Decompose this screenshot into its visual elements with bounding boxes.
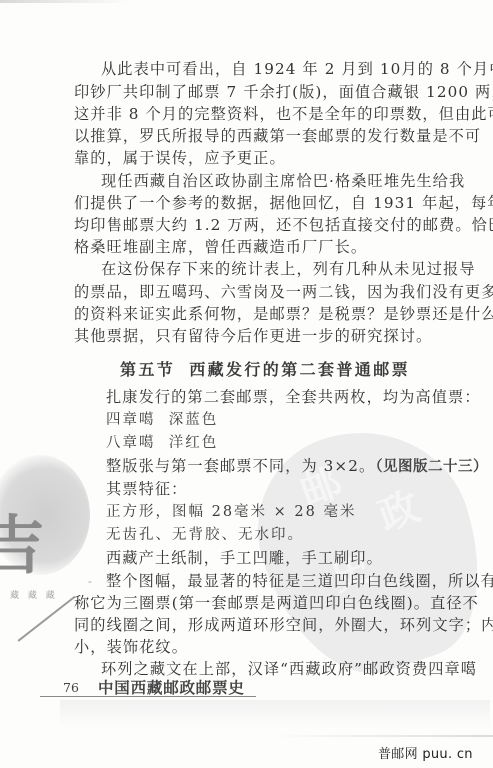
- paragraph-line: 同的线圈之间，形成两道环形空间，外圈大，环列文字；内圈: [74, 615, 493, 635]
- paragraph-line: 靠的，属于误传，应予更正。: [74, 148, 286, 168]
- stamp-color: 深蓝色: [169, 412, 219, 428]
- watermark-seal-left: 吉 藏 藏 藏: [0, 455, 120, 615]
- intro-line: 扎康发行的第二套邮票，全套共两枚，均为高值票：: [106, 387, 481, 407]
- page-number: 76: [63, 680, 79, 695]
- paragraph-line: 印钞厂共印制了邮票 7 千余打(版)，面值合藏银 1200 两，: [74, 82, 493, 102]
- paragraph-line: 其他票据，只有留待今后作更进一步的研究探讨。: [74, 326, 432, 346]
- section-number: 第五节: [120, 360, 175, 379]
- production-line: 西藏产土纸制，手工凹雕，手工刷印。: [106, 548, 383, 568]
- feature-item: 正方形，图幅 28毫米 × 28 毫米: [106, 502, 357, 522]
- stray-mark: -: [88, 575, 92, 588]
- paragraph-line: 现任西藏自治区政协副主席恰巴·格桑旺堆先生给我: [101, 171, 465, 191]
- paragraph-line: 在这份保存下来的统计表上，列有几种从未见过报导: [101, 259, 476, 279]
- running-title: 中国西藏邮政邮票史: [98, 676, 245, 698]
- paragraph-line: 的资料来证实此系何物，是邮票？是税票？是钞票还是什么: [74, 304, 493, 324]
- footer-rule: [40, 696, 256, 697]
- paragraph-line: 的票品，即五噶玛、六雪岗及一两二钱，因为我们没有更多: [74, 282, 493, 302]
- stamp-item: 四章噶 深蓝色: [106, 410, 218, 430]
- paragraph-line: 均印售邮票大约 1.2 万两，还不包括直接交付的邮费。恰巴·: [74, 215, 493, 235]
- bleed-through-band: [60, 700, 490, 728]
- stamp-item: 八章噶 洋红色: [106, 433, 218, 453]
- bottom-separator: [270, 735, 493, 737]
- stamp-color: 洋红色: [169, 435, 219, 451]
- paragraph-line: 称它为三圈票(第一套邮票是两道凹印白色线圈)。直径不: [74, 593, 479, 613]
- site-watermark: 普邮网 puu. cn: [378, 743, 473, 762]
- feature-item: 无齿孔、无背胶、无水印。: [106, 525, 304, 545]
- sheet-line: 整版张与第一套邮票不同，为 3×2。（见图版二十三）: [106, 456, 488, 477]
- paragraph-line: 们提供了一个参考的数据，据他回忆，自 1931 年起，每年平: [74, 193, 493, 213]
- scan-edge: [0, 0, 130, 3]
- paragraph-line: 整个图幅，最显著的特征是三道凹印白色线圈，所以有: [106, 571, 493, 591]
- seal-left-small-text: 藏 藏 藏: [10, 588, 58, 601]
- paragraph-line: 从此表中可看出，自 1924 年 2 月到 10月的 8 个月中，: [101, 59, 493, 79]
- paragraph-line: 这并非 8 个月的完整资料，也不是全年的印票数，但由此可: [74, 104, 493, 124]
- sheet-text: 整版张与第一套邮票不同，为 3×2。: [106, 457, 375, 475]
- paragraph-line: 格桑旺堆副主席，曾任西藏造币厂厂长。: [74, 237, 367, 257]
- stamp-denomination: 八章噶: [106, 435, 156, 451]
- seal-left-glyph: 吉: [0, 495, 44, 587]
- section-heading: 第五节西藏发行的第二套普通邮票: [120, 357, 410, 380]
- section-title: 西藏发行的第二套普通邮票: [189, 360, 410, 379]
- features-label: 其票特征：: [106, 479, 187, 499]
- stamp-denomination: 四章噶: [106, 412, 156, 428]
- plate-reference: （见图版二十三）: [375, 459, 488, 475]
- paragraph-line: 小，装饰花纹。: [74, 637, 188, 657]
- paragraph-line: 以推算，罗氏所报导的西藏第一套邮票的发行数量是不可: [74, 126, 481, 146]
